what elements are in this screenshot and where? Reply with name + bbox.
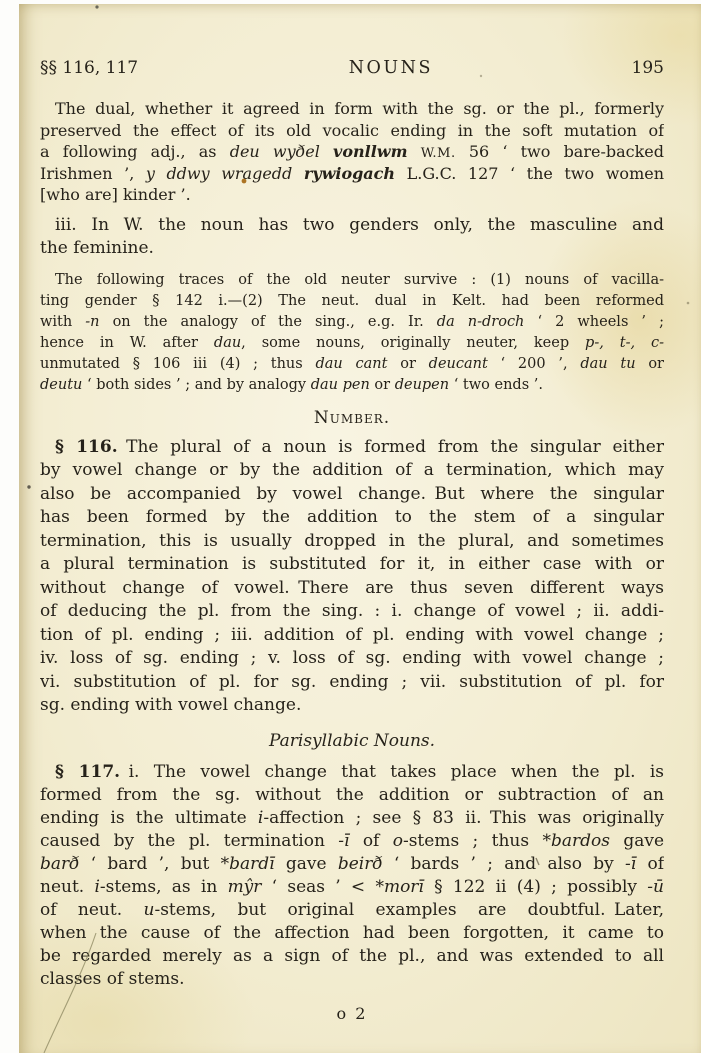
text-line: termination, this is usually dropped in …	[40, 530, 664, 554]
text-segment: y ddwy wragedd	[146, 164, 292, 183]
text-segment: § 122 ii (4) ; possibly	[424, 877, 647, 897]
text-segment: preserved the effect of its old vocalic …	[40, 121, 664, 140]
text-segment: bardos	[551, 831, 610, 851]
text-segment: barð	[40, 854, 79, 874]
text-segment: gave	[610, 831, 664, 851]
text-segment: without change of vowel. There are thus …	[40, 578, 664, 598]
text-segment: -ū	[647, 877, 664, 897]
section-reference: §§ 116, 117	[40, 58, 138, 78]
text-line: unmutated § 106 iii (4) ; thus dau cant …	[40, 354, 664, 375]
text-line: vi. substitution of pl. for sg. ending ;…	[40, 671, 664, 695]
text-line: [who are] kinder ’.	[40, 184, 664, 206]
text-segment: be regarded merely as a sign of the pl.,…	[40, 946, 664, 966]
text-line: also be accompanied by vowel change. But…	[40, 483, 664, 507]
paragraph-genders: iii. In W. the noun has two genders only…	[40, 214, 664, 261]
text-segment: da n-droch	[437, 314, 525, 330]
text-segment: -stems, as in	[100, 877, 228, 897]
text-line: § 116. The plural of a noun is formed fr…	[40, 436, 664, 460]
paragraph-section-116: § 116. The plural of a noun is formed fr…	[40, 436, 664, 718]
text-segment: W.M.	[421, 146, 456, 161]
text-segment: of deducing the pl. from the sing. : i. …	[40, 601, 664, 621]
text-segment: L.G.C. 127 ‘ the two women	[395, 164, 664, 183]
running-title: NOUNS	[349, 58, 433, 78]
text-segment: by vowel change or by the addition of a …	[40, 460, 664, 480]
text-segment: termination, this is usually dropped in …	[40, 531, 664, 551]
text-segment: or	[370, 377, 395, 393]
text-segment: iv. loss of sg. ending ; v. loss of sg. …	[40, 648, 664, 668]
text-segment: ‘ bard ’, but *	[79, 854, 229, 874]
text-segment: beirð	[338, 854, 383, 874]
text-segment: iii. In W. the noun has two genders only…	[55, 215, 664, 235]
text-line: Irishmen ’, y ddwy wragedd rywiogach L.G…	[40, 163, 664, 185]
text-segment: or	[387, 356, 428, 372]
paragraph-dual: The dual, whether it agreed in form with…	[40, 98, 664, 206]
text-segment: ending is the ultimate	[40, 808, 258, 828]
text-segment: § 117.	[55, 762, 120, 782]
text-line: ting gender § 142 i.—(2) The neut. dual …	[40, 291, 664, 312]
text-segment: ‘ seas ’ < *	[261, 877, 384, 897]
text-segment: Irishmen ’,	[40, 164, 146, 183]
paragraph-neuter-traces: The following traces of the old neuter s…	[40, 270, 664, 396]
text-line: The dual, whether it agreed in form with…	[40, 98, 664, 120]
text-segment: ‘ 2 wheels ’ ;	[524, 314, 664, 330]
text-line: a plural termination is substituted for …	[40, 553, 664, 577]
text-segment: or	[636, 356, 664, 372]
text-line: deutu ‘ both sides ’ ; and by analogy da…	[40, 375, 664, 396]
text-segment: neut.	[40, 877, 94, 897]
text-segment: deu wyðel	[230, 142, 320, 161]
text-segment: also be accompanied by vowel change. But…	[40, 484, 664, 504]
text-line: iii. In W. the noun has two genders only…	[40, 214, 664, 238]
text-segment: 56 ‘ two bare-backed	[456, 142, 664, 161]
text-segment: vi. substitution of pl. for sg. ending ;…	[40, 672, 664, 692]
text-line: sg. ending with vowel change.	[40, 694, 664, 718]
text-segment: -ī	[625, 854, 636, 874]
signature-mark: o 2	[40, 1004, 664, 1023]
text-segment: of	[636, 854, 664, 874]
text-line: tion of pl. ending ; iii. addition of pl…	[40, 624, 664, 648]
text-line: with -n on the analogy of the sing., e.g…	[40, 312, 664, 333]
number-heading: Number.	[40, 408, 664, 428]
text-segment: § 116.	[55, 437, 118, 457]
text-line: a following adj., as deu wyðel vonllwm W…	[40, 141, 664, 163]
text-segment: dau	[214, 335, 241, 351]
text-segment: dau pen	[311, 377, 370, 393]
text-line: has been formed by the addition to the s…	[40, 506, 664, 530]
text-line: caused by the pl. termination -ī of o-st…	[40, 830, 664, 853]
text-segment: ‘ 200 ’,	[488, 356, 581, 372]
text-line: of deducing the pl. from the sing. : i. …	[40, 600, 664, 624]
text-segment: gave	[275, 854, 338, 874]
text-segment: -n	[85, 314, 99, 330]
text-line: classes of stems.	[40, 968, 664, 991]
text-line: § 117. i. The vowel change that takes pl…	[40, 761, 664, 784]
text-segment: a plural termination is substituted for …	[40, 554, 664, 574]
text-segment: formed from the sg. without the addition…	[40, 785, 664, 805]
text-line: neut. i-stems, as in mŷr ‘ seas ’ < *mor…	[40, 876, 664, 899]
page-header: §§ 116, 117 NOUNS 195	[40, 58, 664, 78]
text-segment: -stems ; thus *	[403, 831, 551, 851]
text-line: be regarded merely as a sign of the pl.,…	[40, 945, 664, 968]
text-segment: deucant	[429, 356, 488, 372]
text-segment: The plural of a noun is formed from the …	[118, 437, 664, 457]
text-segment	[408, 142, 421, 161]
text-segment: , some nouns, originally neuter, keep	[241, 335, 585, 351]
parisyllabic-heading: Parisyllabic Nouns.	[40, 731, 664, 751]
text-segment: p-, t-, c-	[585, 335, 664, 351]
text-segment: sg. ending with vowel change.	[40, 695, 301, 715]
text-segment: The following traces of the old neuter s…	[55, 272, 664, 288]
text-segment: vonllwm	[333, 142, 407, 161]
text-segment: ‘ both sides ’ ; and by analogy	[82, 377, 310, 393]
text-line: formed from the sg. without the addition…	[40, 784, 664, 807]
text-segment: ‘ bards ’ ; and also by	[383, 854, 625, 874]
text-line: barð ‘ bard ’, but *bardī gave beirð ‘ b…	[40, 853, 664, 876]
text-segment: rywiogach	[304, 164, 395, 183]
text-segment: has been formed by the addition to the s…	[40, 507, 664, 527]
text-segment: mŷr	[228, 877, 262, 897]
text-segment: on the analogy of the sing., e.g. Ir.	[100, 314, 437, 330]
text-segment: [who are] kinder ’.	[40, 185, 191, 204]
text-line: the feminine.	[40, 237, 664, 261]
text-segment: u	[144, 900, 155, 920]
text-segment: ting gender § 142 i.—(2) The neut. dual …	[40, 293, 664, 309]
text-line: preserved the effect of its old vocalic …	[40, 120, 664, 142]
text-segment: of neut.	[40, 900, 144, 920]
text-line: The following traces of the old neuter s…	[40, 270, 664, 291]
text-line: by vowel change or by the addition of a …	[40, 459, 664, 483]
text-segment: -affection ; see § 83 ii. This was origi…	[263, 808, 664, 828]
text-segment: deupen	[395, 377, 449, 393]
text-segment: i. The vowel change that takes place whe…	[120, 762, 664, 782]
text-segment: bardī	[229, 854, 274, 874]
text-segment: -ī	[338, 831, 349, 851]
text-segment: dau tu	[580, 356, 635, 372]
page-content: §§ 116, 117 NOUNS 195 The dual, whether …	[40, 58, 664, 1023]
text-segment: with	[40, 314, 85, 330]
text-segment: tion of pl. ending ; iii. addition of pl…	[40, 625, 664, 645]
text-segment: ‘ two ends ’.	[449, 377, 543, 393]
text-segment: hence in W. after	[40, 335, 214, 351]
text-segment: dau cant	[315, 356, 387, 372]
text-segment: the feminine.	[40, 238, 154, 258]
text-segment: caused by the pl. termination	[40, 831, 338, 851]
text-segment: a following adj., as	[40, 142, 230, 161]
text-line: hence in W. after dau, some nouns, origi…	[40, 333, 664, 354]
paragraph-section-117: § 117. i. The vowel change that takes pl…	[40, 761, 664, 991]
text-segment: o	[393, 831, 403, 851]
text-line: ending is the ultimate i-affection ; see…	[40, 807, 664, 830]
text-line: without change of vowel. There are thus …	[40, 577, 664, 601]
page-number: 195	[632, 58, 664, 78]
text-segment: -stems, but original examples are doubtf…	[154, 900, 664, 920]
text-line: of neut. u-stems, but original examples …	[40, 899, 664, 922]
text-segment	[320, 142, 333, 161]
text-segment: unmutated § 106 iii (4) ; thus	[40, 356, 315, 372]
text-segment: morī	[384, 877, 424, 897]
scanned-book-photo: { "document": { "header": { "section_ref…	[0, 0, 701, 1053]
text-segment: of	[349, 831, 392, 851]
text-segment: deutu	[40, 377, 82, 393]
text-segment: The dual, whether it agreed in form with…	[55, 99, 664, 118]
text-segment: when the cause of the affection had been…	[40, 923, 664, 943]
text-segment	[292, 164, 304, 183]
text-line: iv. loss of sg. ending ; v. loss of sg. …	[40, 647, 664, 671]
text-line: when the cause of the affection had been…	[40, 922, 664, 945]
text-segment: classes of stems.	[40, 969, 185, 989]
